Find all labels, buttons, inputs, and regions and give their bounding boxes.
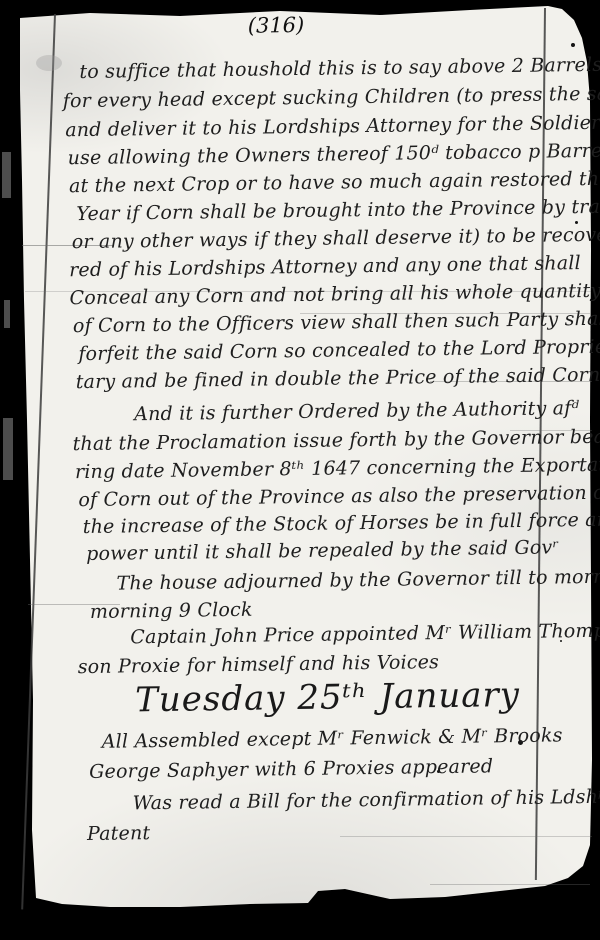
manuscript-line: ring date November 8ᵗʰ 1647 concerning t…	[75, 453, 600, 483]
scanned-manuscript-page: (316) to suffice that houshold this is t…	[0, 0, 600, 940]
manuscript-line: tary and be fined in double the Price of…	[76, 364, 600, 393]
manuscript-line: of Corn out of the Province as also the …	[78, 482, 600, 511]
manuscript-line: morning 9 Clock	[90, 599, 253, 623]
manuscript-line: forfeit the said Corn so concealed to th…	[78, 336, 600, 365]
manuscript-line: Captain John Price appointed Mʳ William …	[130, 620, 600, 649]
manuscript-line: of Corn to the Officers view shall then …	[73, 308, 600, 338]
manuscript-line: The house adjourned by the Governor till…	[116, 565, 600, 594]
manuscript-line: Patent	[87, 822, 151, 845]
handwritten-text: (316) to suffice that houshold this is t…	[0, 0, 600, 940]
manuscript-line: at the next Crop or to have so much agai…	[69, 168, 600, 198]
manuscript-line: Conceal any Corn and not bring all his w…	[69, 280, 600, 309]
manuscript-line: son Proxie for himself and his Voices	[78, 651, 440, 678]
manuscript-line: for every head except sucking Children (…	[63, 82, 600, 112]
manuscript-line: to suffice that houshold this is to say …	[79, 54, 600, 83]
manuscript-line: red of his Lordships Attorney and any on…	[69, 252, 581, 281]
manuscript-line: and deliver it to his Lordships Attorney…	[65, 112, 600, 142]
manuscript-line: George Saphyer with 6 Proxies appeared	[89, 755, 493, 783]
page-number: (316)	[248, 13, 305, 38]
date-heading: Tuesday 25ᵗʰ January	[135, 675, 520, 720]
manuscript-line: that the Proclamation issue forth by the…	[72, 426, 600, 456]
manuscript-line: All Assembled except Mʳ Fenwick & Mʳ Bro…	[102, 724, 563, 752]
manuscript-line: Was read a Bill for the confirmation of …	[132, 786, 600, 815]
manuscript-line: use allowing the Owners thereof 150ᵈ tob…	[67, 140, 600, 170]
manuscript-line: And it is further Ordered by the Authori…	[134, 397, 579, 425]
manuscript-line: Year if Corn shall be brought into the P…	[76, 195, 600, 225]
manuscript-line: the increase of the Stock of Horses be i…	[83, 509, 600, 539]
manuscript-line: power until it shall be repealed by the …	[86, 536, 559, 565]
manuscript-line: or any other ways if they shall deserve …	[72, 224, 600, 254]
